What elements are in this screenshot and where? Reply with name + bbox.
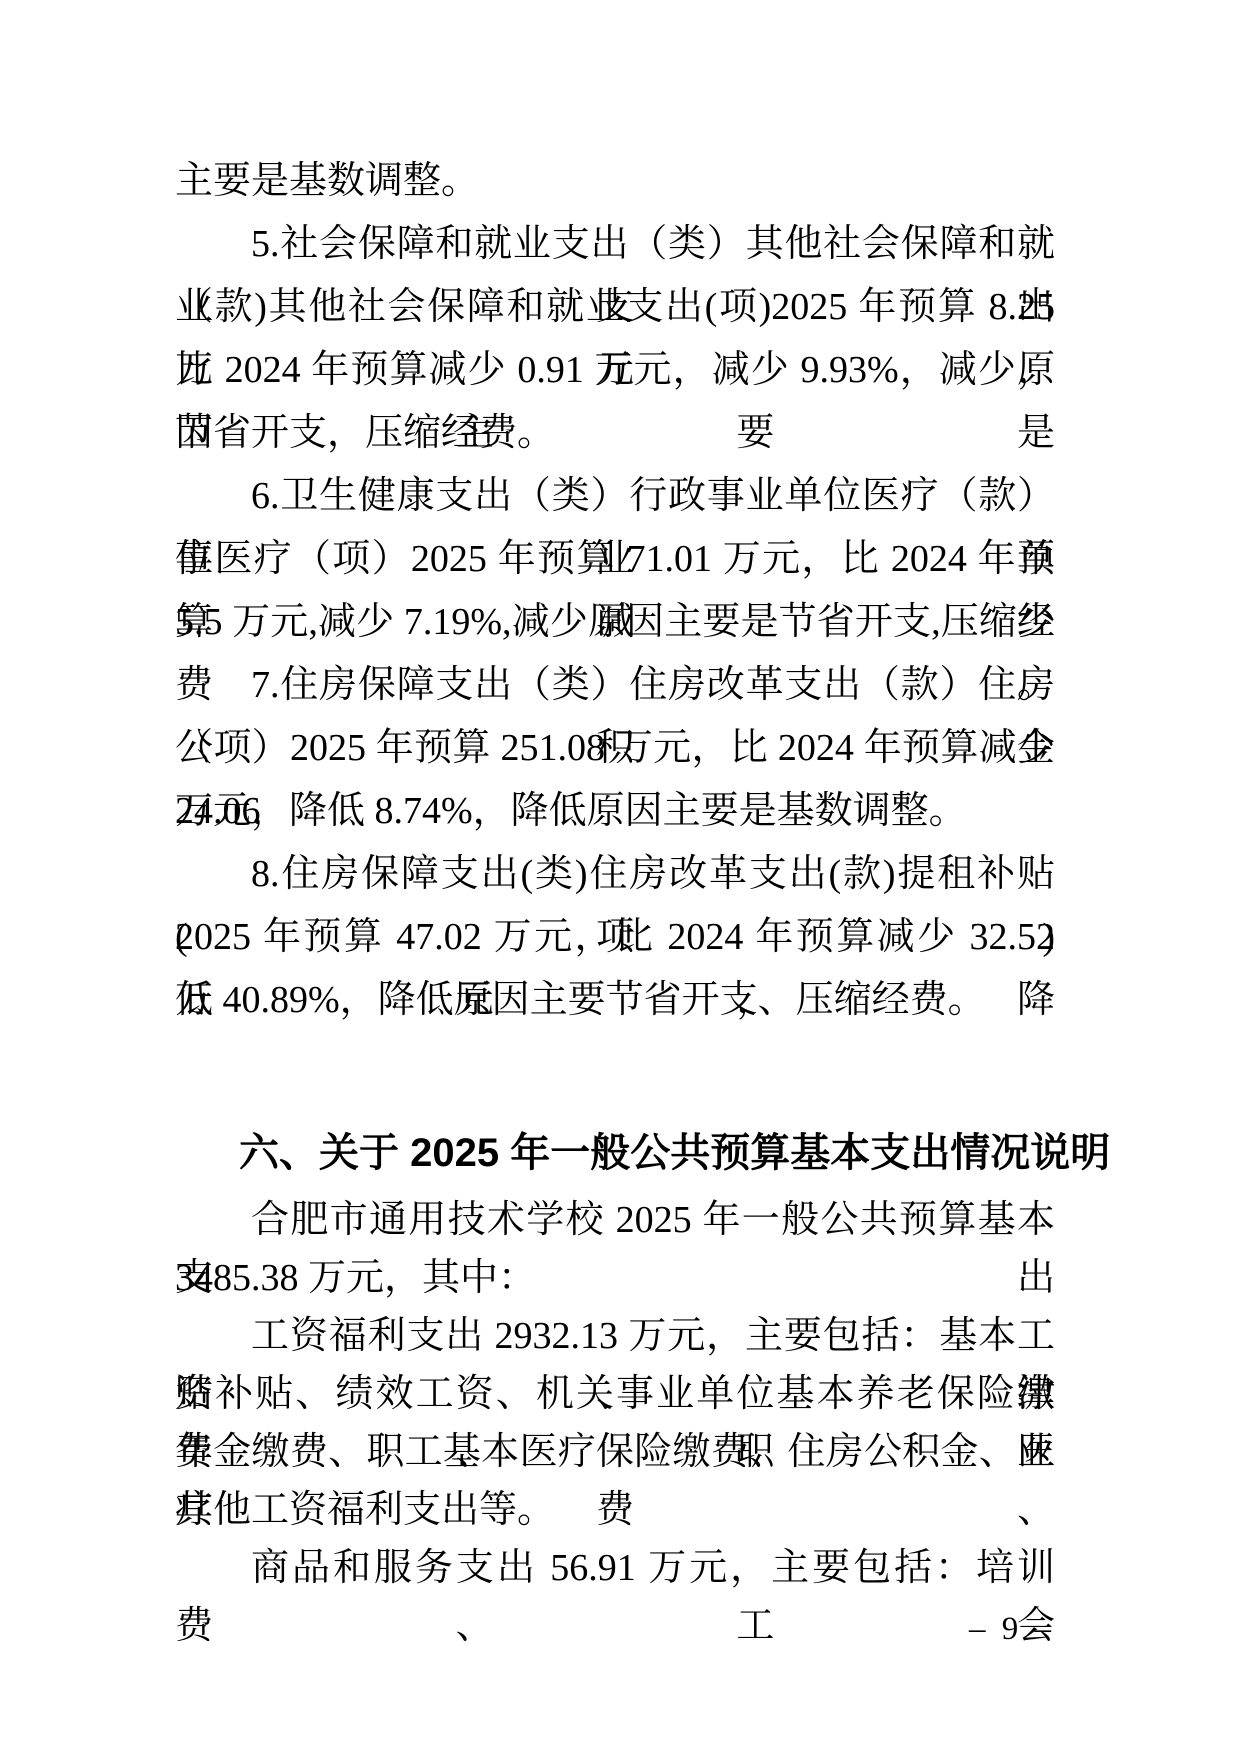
text-line: 合肥市通用技术学校 2025 年一般公共预算基本支出 (175, 1191, 1055, 1249)
text-line: 5.社会保障和就业支出（类）其他社会保障和就业支出 (175, 213, 1055, 276)
text-line: 万元，降低 8.74%，降低原因主要是基数调整。 (175, 780, 1055, 843)
text-line: 主要是基数调整。 (175, 150, 1055, 213)
text-line: 8.住房保障支出(类)住房改革支出(款)提租补贴(项) (175, 843, 1055, 906)
text-line: （项）2025 年预算 251.08 万元，比 2024 年预算减少 24.06 (175, 717, 1055, 780)
document-page: 主要是基数调整。 5.社会保障和就业支出（类）其他社会保障和就业支出 （款)其他… (0, 0, 1239, 1754)
text-line: 5.5 万元,减少 7.19%,减少原因主要是节省开支,压缩经费。 (175, 591, 1055, 654)
text-line: 位医疗（项）2025 年预算 71.01 万元，比 2024 年预算减少 (175, 528, 1055, 591)
text-line: 6.卫生健康支出（类）行政事业单位医疗（款）事业单 (175, 465, 1055, 528)
text-line: （款)其他社会保障和就业支出(项)2025 年预算 8.25 万元， (175, 276, 1055, 339)
text-line: 比 2024 年预算减少 0.91 万元，减少 9.93%，减少原因主要是 (175, 339, 1055, 402)
text-line: 低 40.89%，降低原因主要节省开支、压缩经费。 (175, 969, 1055, 1032)
document-body: 主要是基数调整。 5.社会保障和就业支出（类）其他社会保障和就业支出 （款)其他… (175, 150, 1055, 1649)
text-line: 工资福利支出 2932.13 万元，主要包括：基本工资、津 (175, 1307, 1055, 1365)
text-line: 商品和服务支出 56.91 万元，主要包括：培训费、工会 (175, 1539, 1055, 1597)
text-line: 年金缴费、职工基本医疗保险缴费、住房公积金、医疗费、 (175, 1423, 1055, 1481)
section-heading: 六、关于 2025 年一般公共预算基本支出情况说明 (175, 1122, 1055, 1185)
text-line: 2025 年预算 47.02 万元，比 2024 年预算减少 32.52 万元，… (175, 906, 1055, 969)
section-six-body: 合肥市通用技术学校 2025 年一般公共预算基本支出 3485.38 万元，其中… (175, 1191, 1055, 1597)
text-line: 7.住房保障支出（类）住房改革支出（款）住房公积金 (175, 654, 1055, 717)
text-line: 贴补贴、绩效工资、机关事业单位基本养老保险缴费、职业 (175, 1365, 1055, 1423)
